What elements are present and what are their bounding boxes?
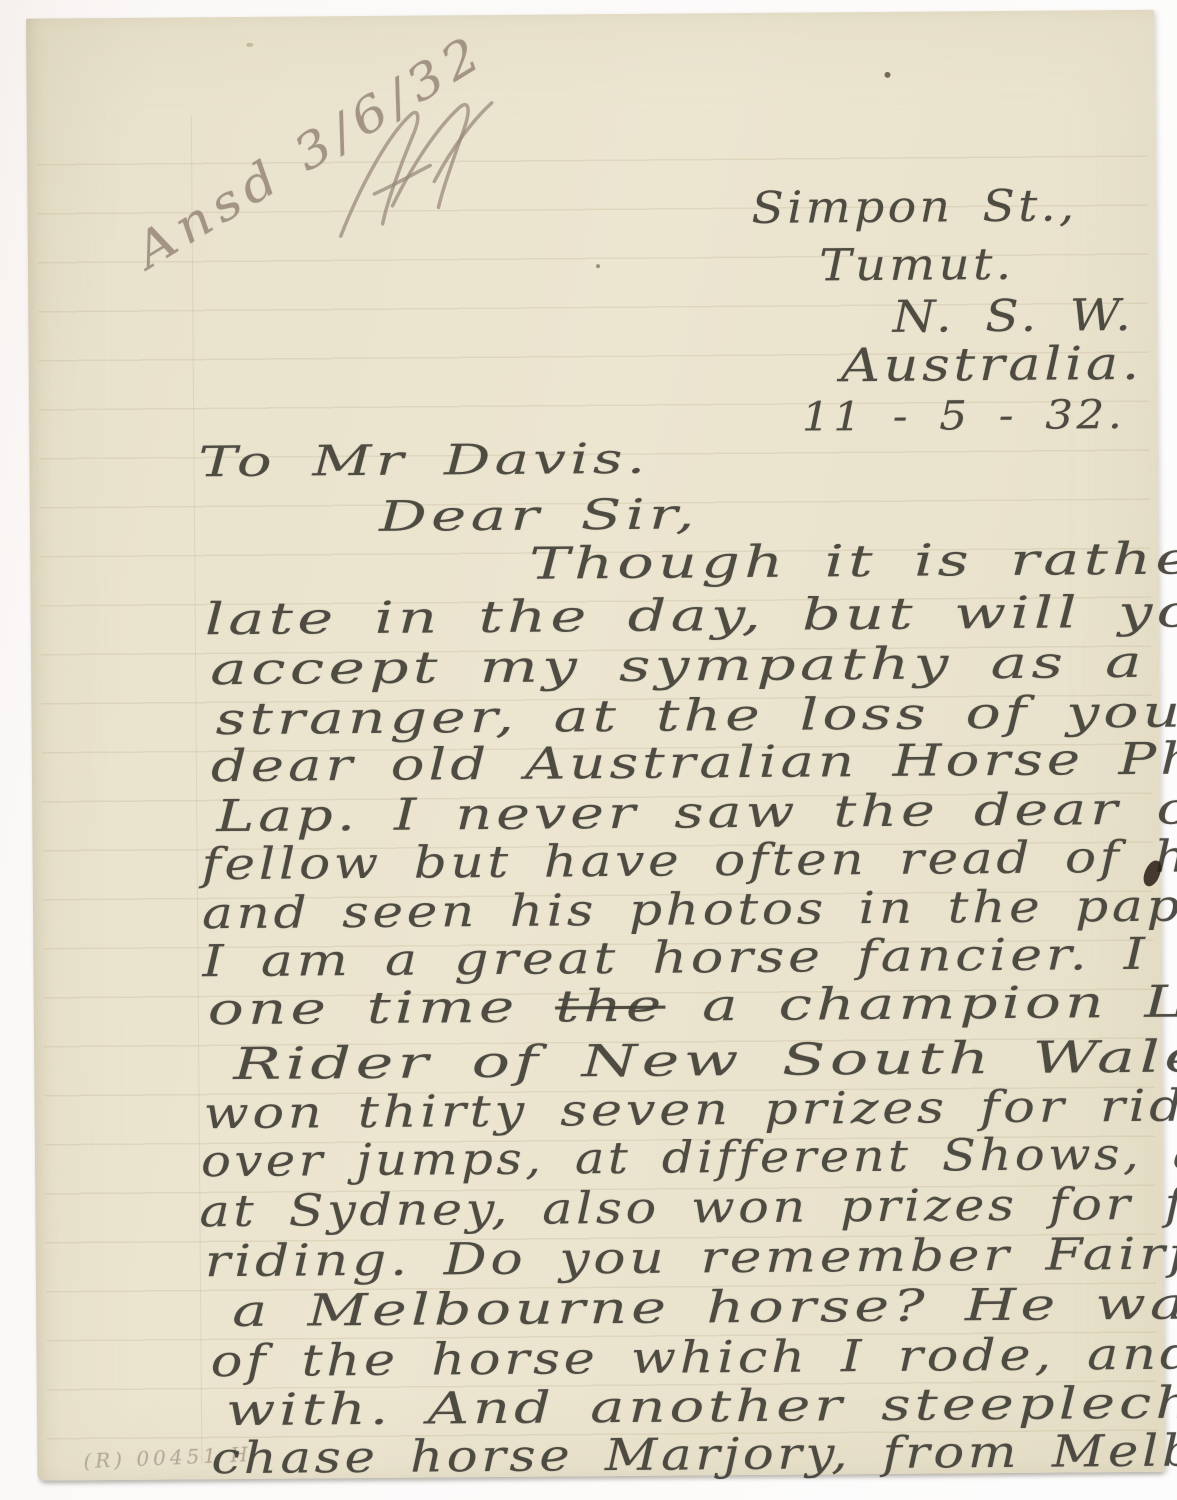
body-line-16: a Melbourne horse? He wasone bbox=[232, 1277, 1177, 1337]
address-line-country: Australia. bbox=[841, 336, 1143, 392]
body-line-2: late in the day, but will you bbox=[205, 586, 1177, 645]
paper-speck bbox=[884, 72, 890, 78]
strike-line-pre: one time bbox=[208, 982, 556, 1036]
paper-speck bbox=[596, 264, 600, 268]
body-line-19: chase horse Marjory, from Melbourne bbox=[211, 1424, 1177, 1484]
recipient-line: To Mr Davis. bbox=[198, 434, 649, 487]
initials-scribble-icon bbox=[322, 85, 513, 261]
paper-speck bbox=[246, 43, 253, 47]
body-line-5: dear old Australian Horse Phar- bbox=[211, 733, 1177, 792]
address-line-state: N. S. W. bbox=[893, 290, 1135, 343]
body-line-15: riding. Do you remember Fairfield bbox=[205, 1228, 1177, 1288]
scan-page: { "letter": { "pencil_annotation": "Ansd… bbox=[0, 0, 1177, 1500]
address-line-town: Tumut. bbox=[819, 239, 1015, 292]
body-line-3: accept my sympathy as a bbox=[210, 637, 1146, 695]
body-line-10-with-strikethrough: one time the a champion Lady bbox=[208, 976, 1177, 1036]
body-line-13: over jumps, at different Shows, also bbox=[201, 1128, 1177, 1188]
body-line-14: at Sydney, also won prizes for flat bbox=[199, 1178, 1177, 1237]
salutation-line: Dear Sir, bbox=[379, 489, 699, 541]
struck-word: the bbox=[555, 981, 666, 1033]
strike-line-post: a champion Lady bbox=[665, 976, 1177, 1032]
letter-date: 11 - 5 - 32. bbox=[802, 392, 1126, 441]
body-line-1: Though it is rather bbox=[529, 533, 1177, 589]
letter-paper: Ansd 3/6/32 (R) 00451 H Simpon St., Tumu… bbox=[26, 10, 1165, 1481]
address-line-street: Simpon St., bbox=[751, 180, 1077, 234]
